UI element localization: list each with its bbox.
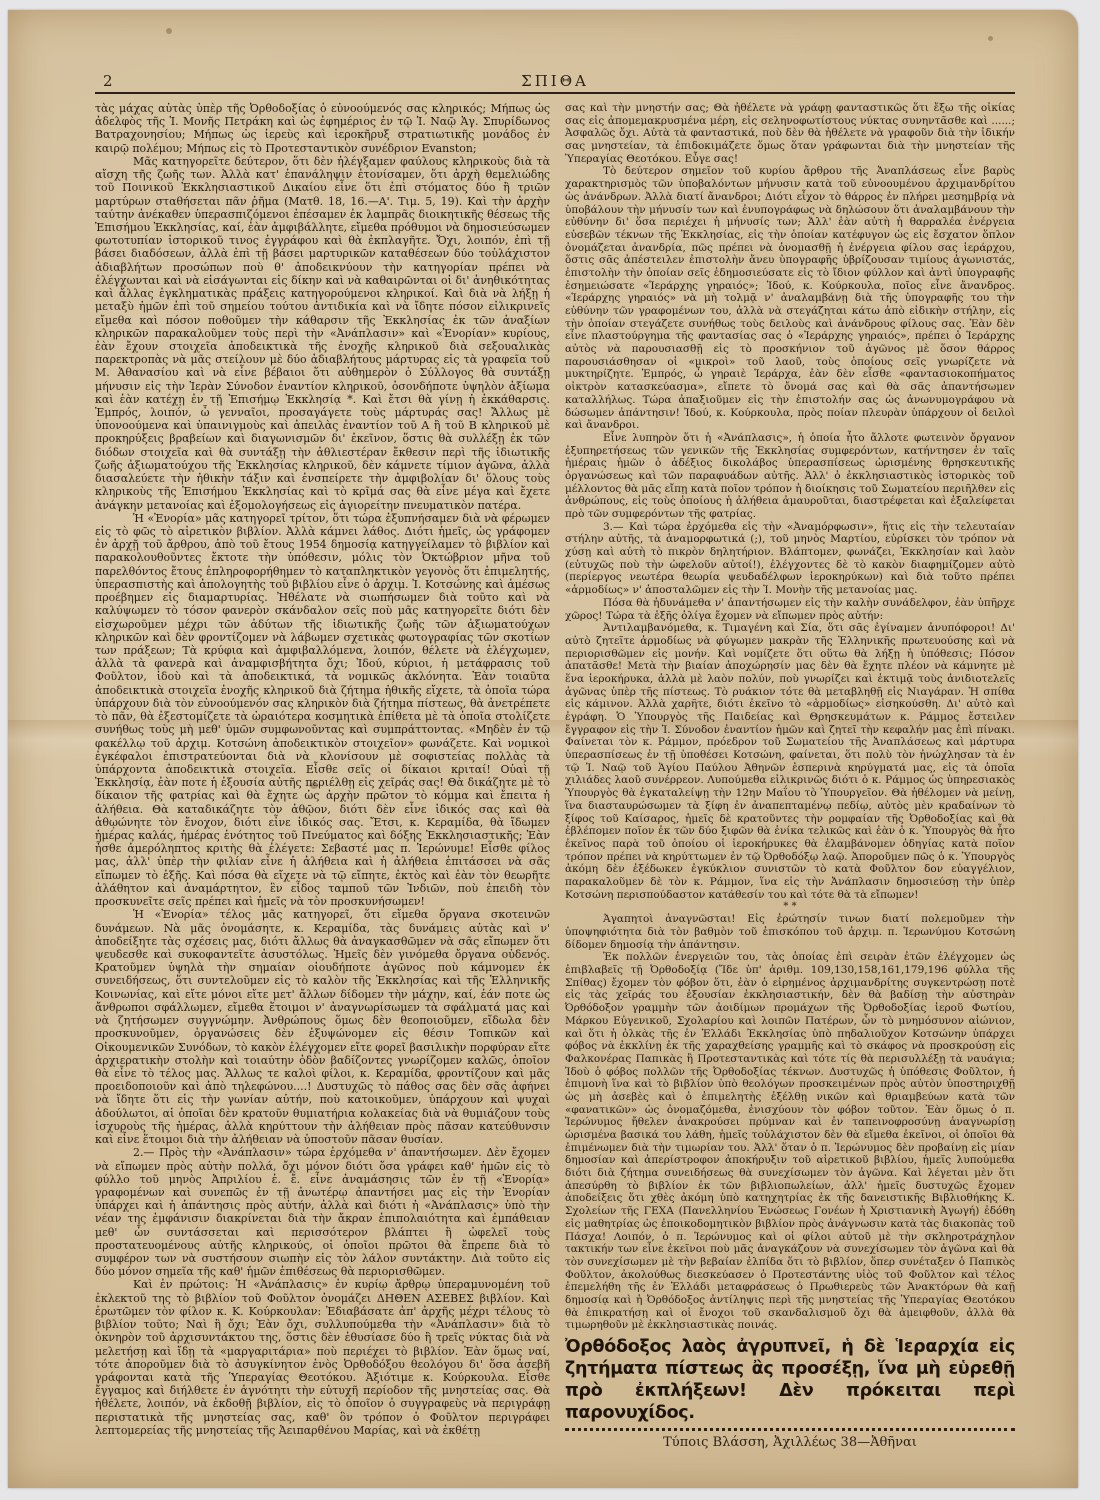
masthead-title: ΣΠΙΘΑ	[95, 72, 1015, 90]
paper-stain	[988, 36, 993, 41]
paragraph: Τὸ δεύτερον σημεῖον τοῦ κυρίου ἄρθρου τῆ…	[565, 165, 1015, 431]
paragraph: 2.— Πρὸς τὴν «Ἀνάπλασιν» τώρα ἐρχόμεθα ν…	[95, 1146, 550, 1278]
right-column: σας καὶ τὴν μνηστήν σας; Θὰ ἠθέλετε νὰ γ…	[565, 102, 1015, 1450]
paragraph: Ἡ «Ἐνορία» μᾶς κατηγορεῖ τρίτον, ὅτι τώρ…	[95, 512, 550, 909]
left-column: τὰς μάχας αὐτὰς ὑπὲρ τῆς Ὀρθοδοξίας ὁ εὐ…	[95, 102, 550, 1437]
paper-stain	[166, 28, 172, 34]
paragraph: Ἐκ πολλῶν ἐνεργειῶν του, τὰς ὁποίας ἐπὶ …	[565, 951, 1015, 1332]
paragraph: τὰς μάχας αὐτὰς ὑπὲρ τῆς Ὀρθοδοξίας ὁ εὐ…	[95, 102, 550, 155]
paragraph: Ἀντιλαμβανόμεθα, κ. Τιμαγένη καὶ Σία, ὅτ…	[565, 622, 1015, 901]
paragraph: Πόσα θὰ ἠδυνάμεθα ν' ἀπαντήσωμεν εἰς τὴν…	[565, 597, 1015, 622]
closing-statement: Ὀρθόδοξος λαὸς ἀγρυπνεῖ, ἡ δὲ Ἱεραρχία ε…	[565, 1336, 1015, 1424]
paragraph: Καὶ ἐν πρώτοις: Ἡ «Ἀνάπλασις» ἐν κυρίῳ ἄ…	[95, 1278, 550, 1437]
section-separator: * *	[565, 902, 1015, 912]
paragraph: σας καὶ τὴν μνηστήν σας; Θὰ ἠθέλετε νὰ γ…	[565, 102, 1015, 165]
paragraph: Εἶνε λυπηρὸν ὅτι ἡ «Ἀνάπλασις», ἡ ὁποία …	[565, 432, 1015, 521]
paragraph: Μᾶς κατηγορεῖτε δεύτερον, ὅτι δὲν ἠλέγξα…	[95, 155, 550, 512]
paragraph: Ἀγαπητοὶ ἀναγνῶσται! Εἰς ἐρώτησίν τινων …	[565, 913, 1015, 951]
paragraph: 3.— Καὶ τώρα ἐρχόμεθα εἰς τὴν «Ἀναμόρφωσ…	[565, 521, 1015, 597]
dotted-rule	[565, 1428, 1015, 1431]
page-header: 2 ΣΠΙΘΑ	[95, 70, 1015, 94]
printer-imprint: Τύποις Βλάσση, Ἀχιλλέως 38—Ἀθῆναι	[565, 1437, 1015, 1450]
paragraph: Ἡ «Ἐνορία» τέλος μᾶς κατηγορεῖ, ὅτι εἴμε…	[95, 908, 550, 1146]
